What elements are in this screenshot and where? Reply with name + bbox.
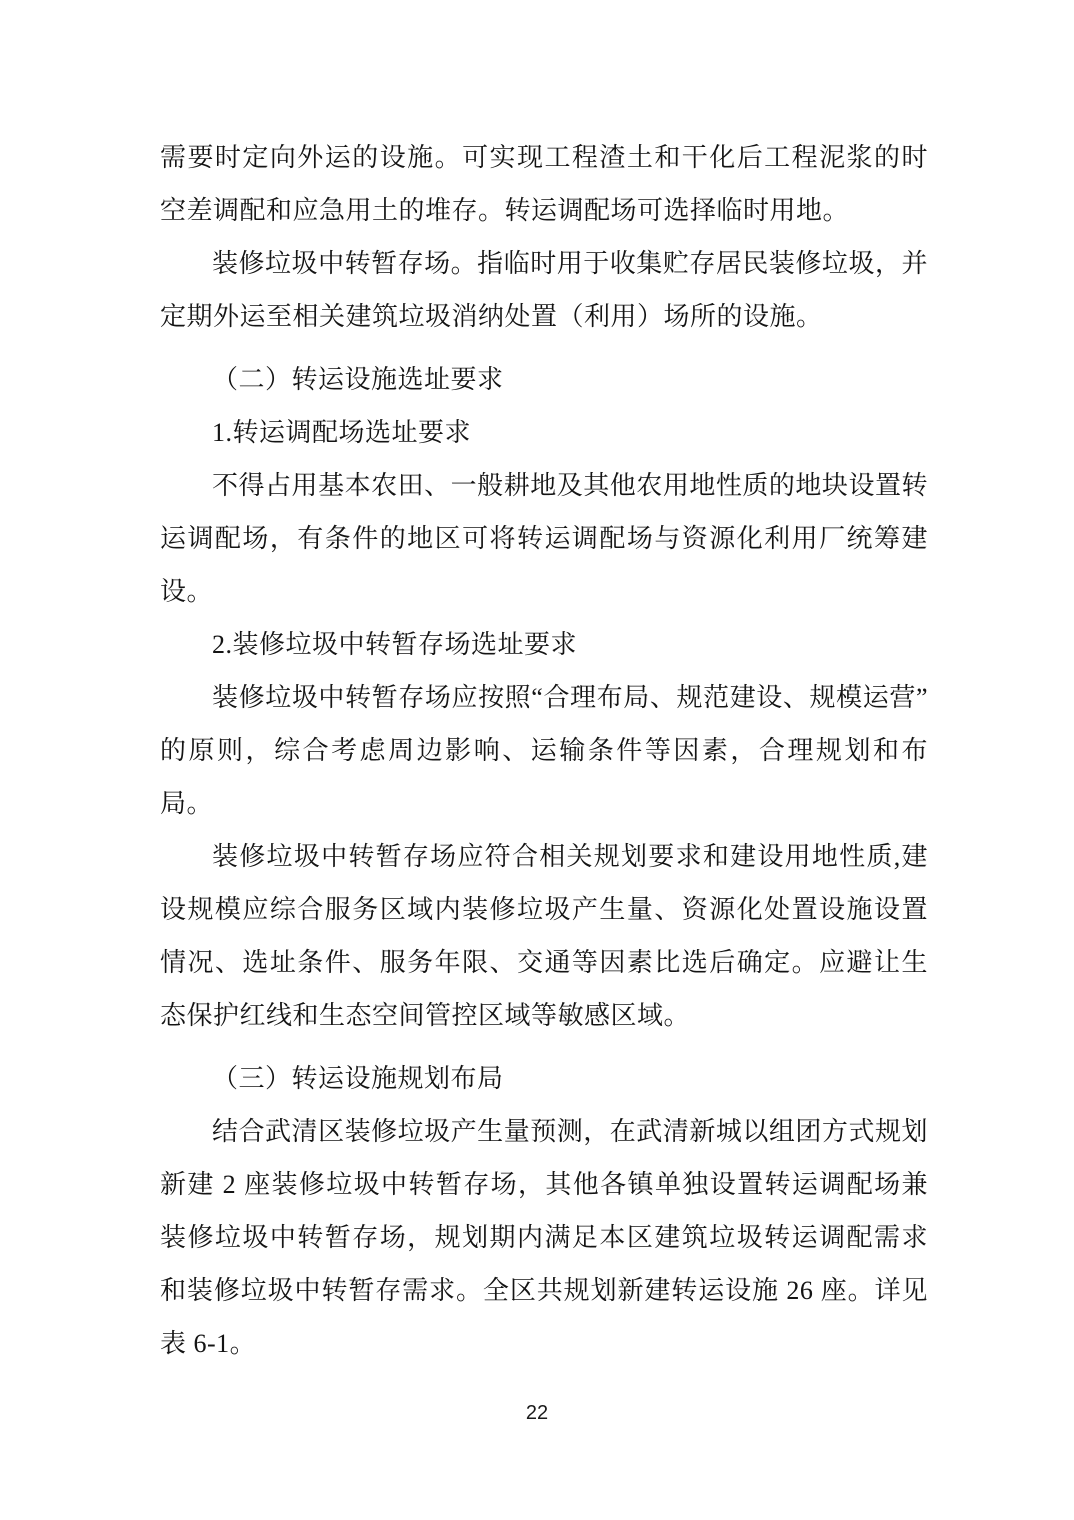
section-heading: 1.转运调配场选址要求	[160, 406, 928, 459]
document-body: 需要时定向外运的设施。可实现工程渣土和干化后工程泥浆的时空差调配和应急用土的堆存…	[160, 131, 928, 1370]
document-page: { "page": { "number": "22", "background_…	[0, 0, 1074, 1520]
paragraph: 装修垃圾中转暂存场应符合相关规划要求和建设用地性质,建设规模应综合服务区域内装修…	[160, 830, 928, 1042]
section-heading: （三）转运设施规划布局	[160, 1052, 928, 1105]
section-heading: （二）转运设施选址要求	[160, 353, 928, 406]
section-heading: 2.装修垃圾中转暂存场选址要求	[160, 618, 928, 671]
page-number: 22	[0, 1402, 1074, 1425]
paragraph: 不得占用基本农田、一般耕地及其他农用地性质的地块设置转运调配场，有条件的地区可将…	[160, 459, 928, 618]
paragraph: 需要时定向外运的设施。可实现工程渣土和干化后工程泥浆的时空差调配和应急用土的堆存…	[160, 131, 928, 237]
page: 需要时定向外运的设施。可实现工程渣土和干化后工程泥浆的时空差调配和应急用土的堆存…	[0, 0, 1074, 1520]
paragraph: 结合武清区装修垃圾产生量预测，在武清新城以组团方式规划新建 2 座装修垃圾中转暂…	[160, 1105, 928, 1370]
paragraph: 装修垃圾中转暂存场应按照“合理布局、规范建设、规模运营”的原则，综合考虑周边影响…	[160, 671, 928, 830]
paragraph: 装修垃圾中转暂存场。指临时用于收集贮存居民装修垃圾，并定期外运至相关建筑垃圾消纳…	[160, 237, 928, 343]
